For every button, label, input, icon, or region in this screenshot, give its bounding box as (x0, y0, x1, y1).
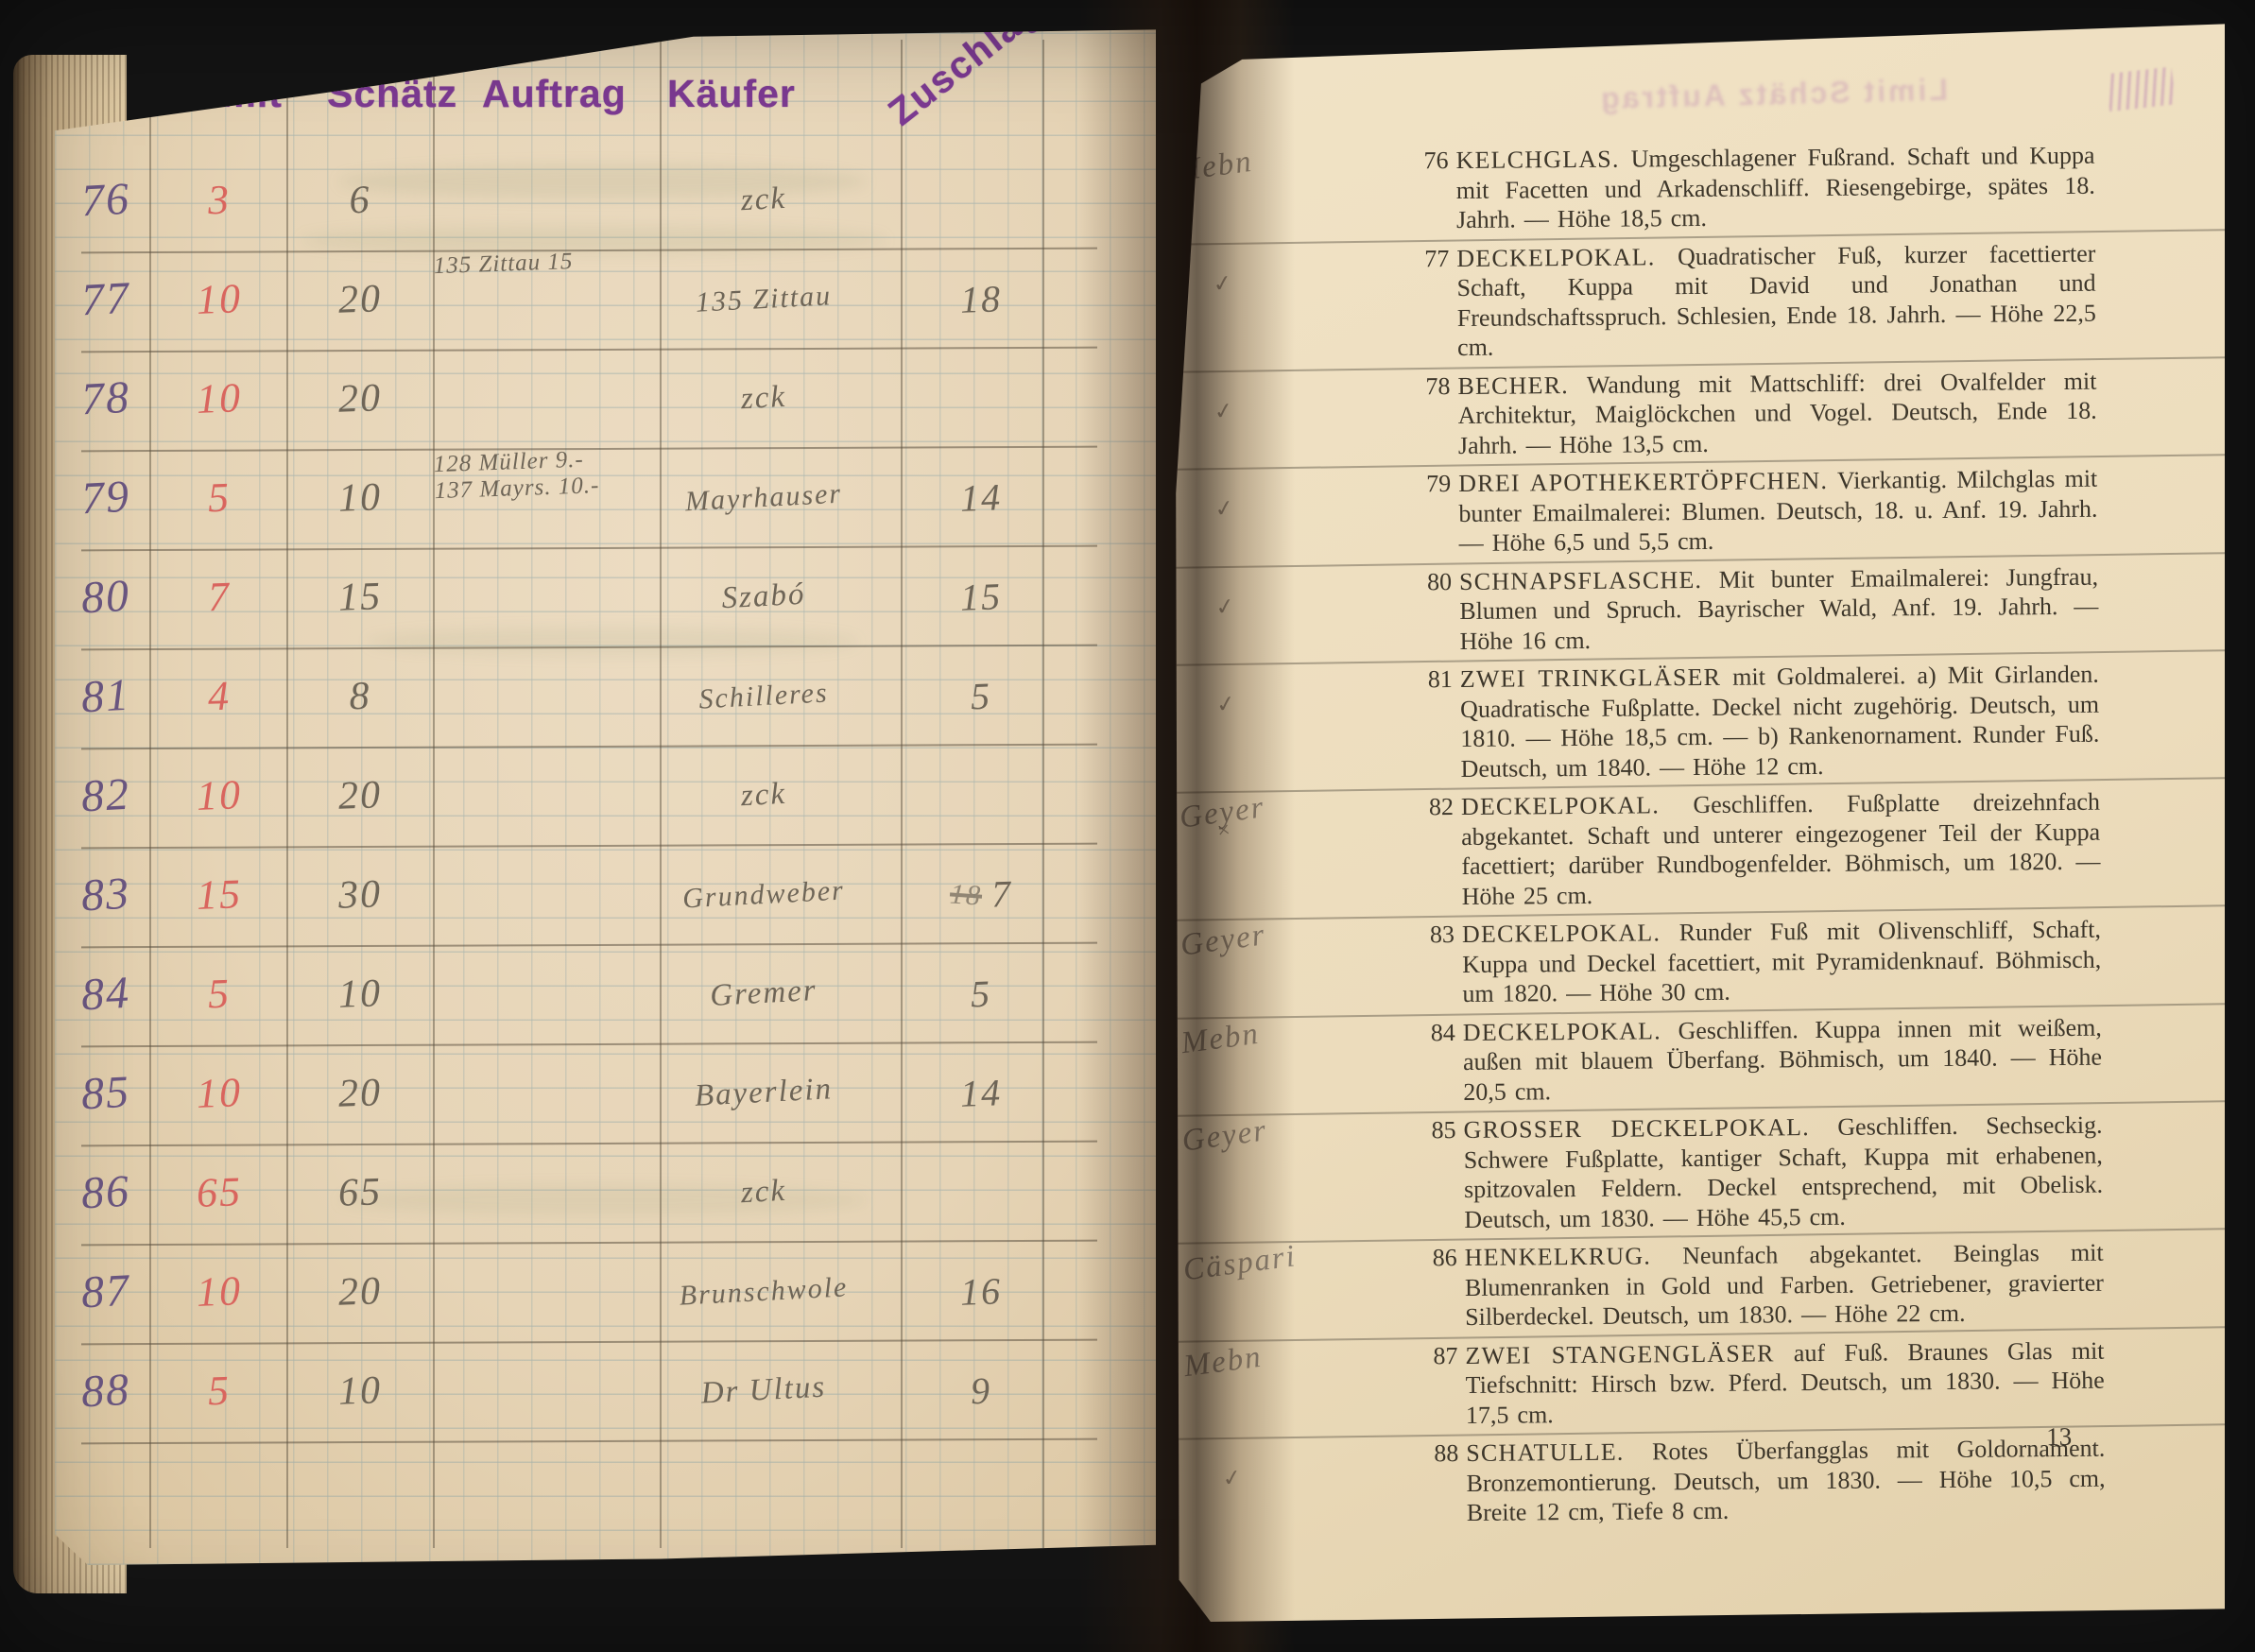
zuschlag-value: 14 (959, 1070, 1003, 1116)
catalog-page: Limit Schätz Auftrag Mebn76KELCHGLAS. Um… (1174, 9, 2225, 1622)
margin-note-cell: ✓ (1170, 371, 1381, 462)
cell-zuschlag: 14 (908, 1041, 1054, 1144)
cell-zuschlag (908, 743, 1054, 847)
cell-limit: 10 (151, 1041, 287, 1145)
cell-kaeufer: Gremer (628, 938, 898, 1051)
cell-kaeufer: Grundweber (628, 838, 898, 952)
entry-text: DECKELPOKAL. Geschliffen. Kuppa innen mi… (1463, 1012, 2103, 1107)
catalog-entry: Geyer×82DECKELPOKAL. Geschliffen. Fußpla… (1174, 786, 2226, 914)
entry-text: DECKELPOKAL. Geschliffen. Fußplatte drei… (1461, 787, 2101, 911)
catalog-entry: ✓80SCHNAPSFLASCHE. Mit bunter Emailmaler… (1172, 560, 2224, 658)
entry-title: DECKELPOKAL. (1461, 791, 1660, 820)
cell-zuschlag: 187 (908, 842, 1054, 946)
cell-auftrag: 128 Müller 9.-137 Mayrs. 10.- (433, 444, 662, 551)
cell-limit: 10 (151, 248, 287, 352)
stamp-corner-mark (149, 72, 168, 91)
ledger-row: 84510Gremer5 (55, 944, 1156, 1043)
margin-tick-mark: ✓ (1214, 690, 1237, 720)
ledger-row: 831530Grundweber187 (55, 845, 1156, 944)
cell-kaeufer: Szabó (628, 541, 898, 654)
margin-note-cell: ✓ (1179, 1439, 1389, 1530)
catalog-entry: ✓77DECKELPOKAL. Quadratischer Fuß, kurze… (1169, 237, 2221, 365)
entry-number: 79 (1388, 469, 1452, 559)
entry-text: DECKELPOKAL. Runder Fuß mit Olivenschlif… (1462, 915, 2102, 1009)
cell-zuschlag (908, 147, 1054, 251)
cell-no: 76 (58, 148, 153, 252)
cell-zuschlag (908, 1140, 1054, 1244)
cell-schaetz: 65 (287, 1140, 433, 1244)
entry-number: 77 (1386, 244, 1450, 364)
cell-no: 87 (58, 1240, 153, 1344)
cell-no: 80 (58, 545, 153, 649)
cell-kaeufer: Dr Ultus (628, 1334, 898, 1448)
entry-title: ZWEI STANGENGLÄSER (1465, 1339, 1774, 1369)
entry-number: 82 (1391, 792, 1455, 912)
auftrag-line: 137 Mayrs. 10.- (434, 473, 600, 505)
cell-schaetz: 20 (287, 1041, 433, 1144)
catalog-entry: ✓79DREI APOTHEKERTÖPFCHEN. Vierkantig. M… (1171, 463, 2223, 560)
cell-limit: 7 (151, 545, 287, 649)
margin-note: Geyer (1179, 918, 1268, 963)
cell-schaetz: 20 (287, 1239, 433, 1343)
zuschlag-value: 15 (959, 574, 1003, 620)
cell-kaeufer: Schilleres (628, 640, 898, 753)
zuschlag-value: 7 (990, 871, 1013, 917)
zuschlag-value: 18 (959, 276, 1003, 322)
zuschlag-value: 9 (970, 1368, 992, 1414)
cell-schaetz: 30 (287, 842, 433, 946)
ink-smudge (2106, 67, 2176, 112)
cell-zuschlag: 18 (908, 247, 1054, 351)
cell-kaeufer: zck (628, 1136, 898, 1249)
header-schaetz: Schätz (327, 72, 457, 116)
ledger-row: 871020Brunschwole16 (55, 1242, 1156, 1341)
stamp-bleedthrough: Limit Schätz Auftrag (1404, 68, 2143, 122)
cell-zuschlag: 9 (908, 1338, 1054, 1442)
ledger-row: 80715Szabó15 (55, 547, 1156, 646)
cell-kaeufer: zck (628, 739, 898, 852)
entry-number: 83 (1392, 920, 1455, 1009)
header-limit: Limit (185, 72, 283, 116)
entry-number: 84 (1393, 1018, 1456, 1108)
cell-limit: 3 (151, 148, 287, 252)
cell-no: 77 (58, 248, 153, 352)
ledger-page: No. Limit Schätz Auftrag Käufer Zuschlag… (55, 23, 1156, 1565)
cell-no: 83 (58, 843, 153, 947)
catalog-entry: Mebn84DECKELPOKAL. Geschliffen. Kuppa in… (1176, 1011, 2228, 1109)
cell-zuschlag: 5 (908, 644, 1054, 748)
cell-limit: 10 (151, 744, 287, 848)
zuschlag-value: 16 (959, 1268, 1003, 1315)
cell-auftrag (433, 1139, 662, 1246)
entry-number: 81 (1390, 664, 1454, 784)
entry-title: DECKELPOKAL. (1462, 919, 1661, 948)
ledger-row: 7636zck (55, 150, 1156, 250)
margin-note-cell: Geyer× (1174, 793, 1385, 914)
entry-title: KELCHGLAS. (1455, 146, 1619, 174)
cell-limit: 10 (151, 347, 287, 451)
entry-title: SCHNAPSFLASCHE. (1459, 565, 1702, 594)
ledger-row: 821020zck (55, 746, 1156, 845)
catalog-entry: ✓81ZWEI TRINKGLÄSER mit Goldmalerei. a) … (1173, 659, 2225, 786)
entry-title: SCHATULLE. (1466, 1438, 1625, 1467)
margin-tick-mark: ✓ (1213, 396, 1235, 426)
zuschlag-value: 14 (959, 474, 1003, 521)
cell-no: 88 (58, 1339, 153, 1443)
margin-note-cell: Mebn (1168, 146, 1379, 237)
cell-limit: 5 (151, 1339, 287, 1443)
entry-text: ZWEI TRINKGLÄSER mit Goldmalerei. a) Mit… (1460, 660, 2100, 783)
entry-title: DECKELPOKAL. (1456, 243, 1655, 272)
cell-limit: 5 (151, 942, 287, 1046)
catalog-entry: ✓88SCHATULLE. Rotes Überfangglas mit Gol… (1179, 1433, 2230, 1530)
cell-auftrag (433, 1337, 662, 1444)
entry-text: SCHNAPSFLASCHE. Mit bunter Emailmalerei:… (1459, 561, 2099, 656)
cell-no: 79 (58, 446, 153, 550)
ledger-row: 781020zck (55, 349, 1156, 448)
entry-text: SCHATULLE. Rotes Überfangglas mit Goldor… (1466, 1434, 2106, 1528)
cell-auftrag (433, 643, 662, 749)
cell-no: 81 (58, 645, 153, 749)
cell-limit: 5 (151, 446, 287, 550)
cell-auftrag: 135 Zittau 15 (433, 246, 662, 353)
margin-tick-mark: ✓ (1212, 268, 1234, 299)
cell-auftrag (433, 543, 662, 650)
cell-no: 78 (58, 347, 153, 451)
header-auftrag: Auftrag (482, 72, 627, 116)
zuschlag-value: 5 (970, 674, 992, 719)
entry-text: DREI APOTHEKERTÖPFCHEN. Vierkantig. Milc… (1458, 464, 2098, 559)
catalog-entry: Mebn76KELCHGLAS. Umgeschlagener Fußrand.… (1168, 140, 2220, 237)
book-scan: No. Limit Schätz Auftrag Käufer Zuschlag… (0, 0, 2255, 1652)
catalog-entry: ✓78BECHER. Wandung mit Mattschliff: drei… (1170, 365, 2222, 462)
entry-number: 85 (1393, 1115, 1456, 1235)
margin-note: Mebn (1179, 1016, 1262, 1060)
cell-auftrag (433, 841, 662, 948)
entry-number: 78 (1387, 371, 1451, 461)
margin-note-cell: Cäspari (1178, 1244, 1388, 1334)
cell-zuschlag: 14 (908, 445, 1054, 549)
entry-number: 76 (1386, 146, 1449, 235)
zuschlag-crossed-value: 18 (949, 878, 983, 912)
cell-schaetz: 8 (287, 644, 433, 748)
entry-text: GROSSER DECKELPOKAL. Geschliffen. Sechse… (1463, 1110, 2103, 1234)
cell-auftrag (433, 1238, 662, 1345)
catalog-content: Limit Schätz Auftrag Mebn76KELCHGLAS. Um… (1167, 6, 2230, 1626)
ledger-row: 771020135 Zittau 15135 Zittau18 (55, 250, 1156, 349)
cell-auftrag (433, 940, 662, 1047)
entry-title: DECKELPOKAL. (1463, 1017, 1661, 1046)
catalog-entry: Geyer85GROSSER DECKELPOKAL. Geschliffen.… (1176, 1110, 2228, 1237)
entry-text: KELCHGLAS. Umgeschlagener Fußrand. Schaf… (1455, 141, 2095, 235)
entry-text: BECHER. Wandung mit Mattschliff: drei Ov… (1457, 366, 2097, 460)
ledger-row: 866565zck (55, 1143, 1156, 1242)
cell-no: 82 (58, 744, 153, 848)
cell-auftrag (433, 146, 662, 253)
page-number: 13 (2046, 1422, 2072, 1452)
margin-note-cell: Geyer (1175, 921, 1386, 1011)
cell-zuschlag (908, 346, 1054, 450)
margin-note-cell: Geyer (1176, 1116, 1386, 1237)
cell-auftrag (433, 1040, 662, 1146)
entry-text: ZWEI STANGENGLÄSER auf Fuß. Braunes Glas… (1465, 1335, 2105, 1430)
margin-note: Cäspari (1181, 1239, 1299, 1288)
cell-zuschlag: 16 (908, 1239, 1054, 1343)
cell-schaetz: 10 (287, 941, 433, 1045)
auftrag-line: 135 Zittau 15 (433, 249, 574, 280)
margin-note: Mebn (1181, 1339, 1264, 1384)
ledger-row: 8148Schilleres5 (55, 646, 1156, 746)
margin-note: Geyer (1180, 1113, 1270, 1159)
margin-tick-mark: ✓ (1213, 494, 1235, 525)
ledger-row: 79510128 Müller 9.-137 Mayrs. 10.-Mayrha… (55, 448, 1156, 547)
cell-auftrag (433, 345, 662, 452)
cell-schaetz: 6 (287, 147, 433, 251)
margin-tick-mark: ✓ (1220, 1464, 1243, 1494)
entry-number: 80 (1389, 567, 1453, 657)
entry-title: DREI APOTHEKERTÖPFCHEN. (1458, 467, 1828, 497)
margin-note-cell: Mebn (1178, 1341, 1388, 1432)
margin-note-cell: ✓ (1169, 244, 1380, 365)
catalog-entry: Mebn87ZWEI STANGENGLÄSER auf Fuß. Braune… (1178, 1334, 2229, 1432)
cell-kaeufer: Brunschwole (628, 1235, 898, 1349)
cell-kaeufer: zck (628, 144, 898, 257)
entry-number: 88 (1396, 1438, 1459, 1528)
margin-note-cell: Mebn (1176, 1018, 1386, 1109)
entry-title: GROSSER DECKELPOKAL. (1463, 1113, 1809, 1144)
cell-limit: 4 (151, 645, 287, 749)
entry-title: BECHER. (1457, 371, 1569, 400)
cell-auftrag (433, 742, 662, 849)
margin-note: Mebn (1173, 145, 1255, 189)
cell-schaetz: 10 (287, 445, 433, 549)
ledger-row: 851020Bayerlein14 (55, 1043, 1156, 1143)
cell-schaetz: 10 (287, 1338, 433, 1442)
cell-no: 84 (58, 942, 153, 1046)
cell-kaeufer: 135 Zittau (628, 243, 898, 356)
cell-no: 85 (58, 1041, 153, 1145)
cell-schaetz: 20 (287, 743, 433, 847)
entry-text: HENKELKRUG. Neunfach abgekantet. Beingla… (1465, 1238, 2105, 1333)
catalog-entries: Mebn76KELCHGLAS. Umgeschlagener Fußrand.… (1168, 140, 2230, 1539)
cell-limit: 15 (151, 843, 287, 947)
margin-note-cell: ✓ (1173, 665, 1384, 786)
zuschlag-value: 5 (970, 972, 992, 1017)
cell-schaetz: 20 (287, 346, 433, 450)
entry-text: DECKELPOKAL. Quadratischer Fuß, kurzer f… (1456, 238, 2096, 362)
entry-number: 87 (1395, 1341, 1458, 1431)
cell-zuschlag: 5 (908, 941, 1054, 1045)
cell-schaetz: 20 (287, 247, 433, 351)
margin-note-cell: ✓ (1172, 567, 1383, 658)
entry-title: ZWEI TRINKGLÄSER (1460, 663, 1722, 693)
cell-kaeufer: Mayrhauser (628, 441, 898, 555)
entry-title: HENKELKRUG. (1465, 1242, 1652, 1271)
cell-zuschlag: 15 (908, 544, 1054, 648)
cell-kaeufer: Bayerlein (628, 1037, 898, 1150)
cell-limit: 10 (151, 1240, 287, 1344)
cell-no: 86 (58, 1141, 153, 1245)
header-kaeufer: Käufer (667, 72, 796, 116)
catalog-entry: Geyer83DECKELPOKAL. Runder Fuß mit Olive… (1175, 914, 2227, 1011)
cell-kaeufer: zck (628, 342, 898, 456)
cell-limit: 65 (151, 1141, 287, 1245)
cell-schaetz: 15 (287, 544, 433, 648)
entry-number: 86 (1395, 1243, 1458, 1333)
ledger-row: 88510Dr Ultus9 (55, 1341, 1156, 1440)
margin-note-cell: ✓ (1171, 470, 1382, 560)
margin-tick-mark: ✓ (1214, 592, 1236, 622)
catalog-entry: Cäspari86HENKELKRUG. Neunfach abgekantet… (1178, 1237, 2229, 1334)
